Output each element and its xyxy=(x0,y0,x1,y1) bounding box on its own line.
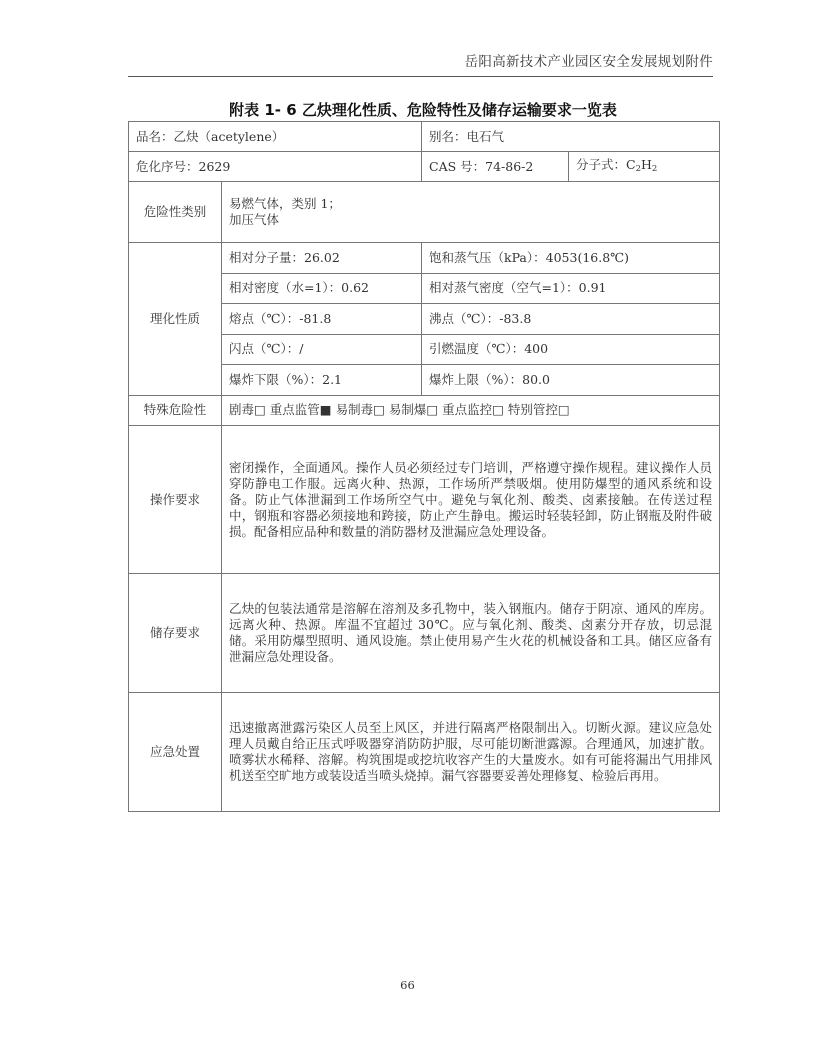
physchem-cell: 熔点（℃）：-81.8 xyxy=(222,304,422,335)
hazard-category-line: 易燃气体，类别 1； xyxy=(229,196,712,212)
physchem-cell: 引燃温度（℃）：400 xyxy=(422,334,720,365)
page-number: 66 xyxy=(0,978,815,992)
cas-number-cell: CAS 号：74-86-2 xyxy=(422,152,569,182)
hazard-category-value: 易燃气体，类别 1； 加压气体 xyxy=(222,182,720,243)
emergency-text: 迅速撤离泄露污染区人员至上风区，并进行隔离严格限制出入。切断火源。建议应急处理人… xyxy=(222,693,720,812)
storage-label: 储存要求 xyxy=(129,574,222,693)
storage-text: 乙炔的包装法通常是溶解在溶剂及多孔物中，装入钢瓶内。储存于阴凉、通风的库房。远离… xyxy=(222,574,720,693)
formula-label: 分子式： xyxy=(576,157,626,172)
physchem-cell: 相对密度（水=1）：0.62 xyxy=(222,273,422,304)
properties-table: 品名：乙炔（acetylene） 别名：电石气 危化序号：2629 CAS 号：… xyxy=(128,121,720,812)
formula-h: H xyxy=(641,157,652,172)
physchem-cell: 相对蒸气密度（空气=1）：0.91 xyxy=(422,273,720,304)
formula-c: C xyxy=(626,157,636,172)
special-hazard-label: 特殊危险性 xyxy=(129,395,222,426)
physchem-cell: 闪点（℃）：/ xyxy=(222,334,422,365)
operation-label: 操作要求 xyxy=(129,426,222,574)
hazard-category-label: 危险性类别 xyxy=(129,182,222,243)
physchem-label: 理化性质 xyxy=(129,243,222,396)
hazard-number-cell: 危化序号：2629 xyxy=(129,152,422,182)
emergency-label: 应急处置 xyxy=(129,693,222,812)
molecular-formula-cell: 分子式：C2H2 xyxy=(569,152,720,182)
operation-text: 密闭操作，全面通风。操作人员必须经过专门培训，严格遵守操作规程。建议操作人员穿防… xyxy=(222,426,720,574)
product-name-cell: 品名：乙炔（acetylene） xyxy=(129,122,422,152)
physchem-cell: 爆炸下限（%）：2.1 xyxy=(222,365,422,396)
physchem-cell: 爆炸上限（%）：80.0 xyxy=(422,365,720,396)
physchem-cell: 沸点（℃）：-83.8 xyxy=(422,304,720,335)
formula-h-subscript: 2 xyxy=(652,164,657,174)
physchem-cell: 饱和蒸气压（kPa）：4053(16.8℃) xyxy=(422,243,720,274)
special-hazard-value: 剧毒□ 重点监管■ 易制毒□ 易制爆□ 重点监控□ 特别管控□ xyxy=(222,395,720,426)
hazard-category-line: 加压气体 xyxy=(229,212,712,228)
running-header: 岳阳高新技术产业园区安全发展规划附件 xyxy=(128,50,713,77)
alias-cell: 别名：电石气 xyxy=(422,122,720,152)
table-title: 附表 1- 6 乙炔理化性质、危险特性及储存运输要求一览表 xyxy=(128,99,718,120)
physchem-cell: 相对分子量：26.02 xyxy=(222,243,422,274)
